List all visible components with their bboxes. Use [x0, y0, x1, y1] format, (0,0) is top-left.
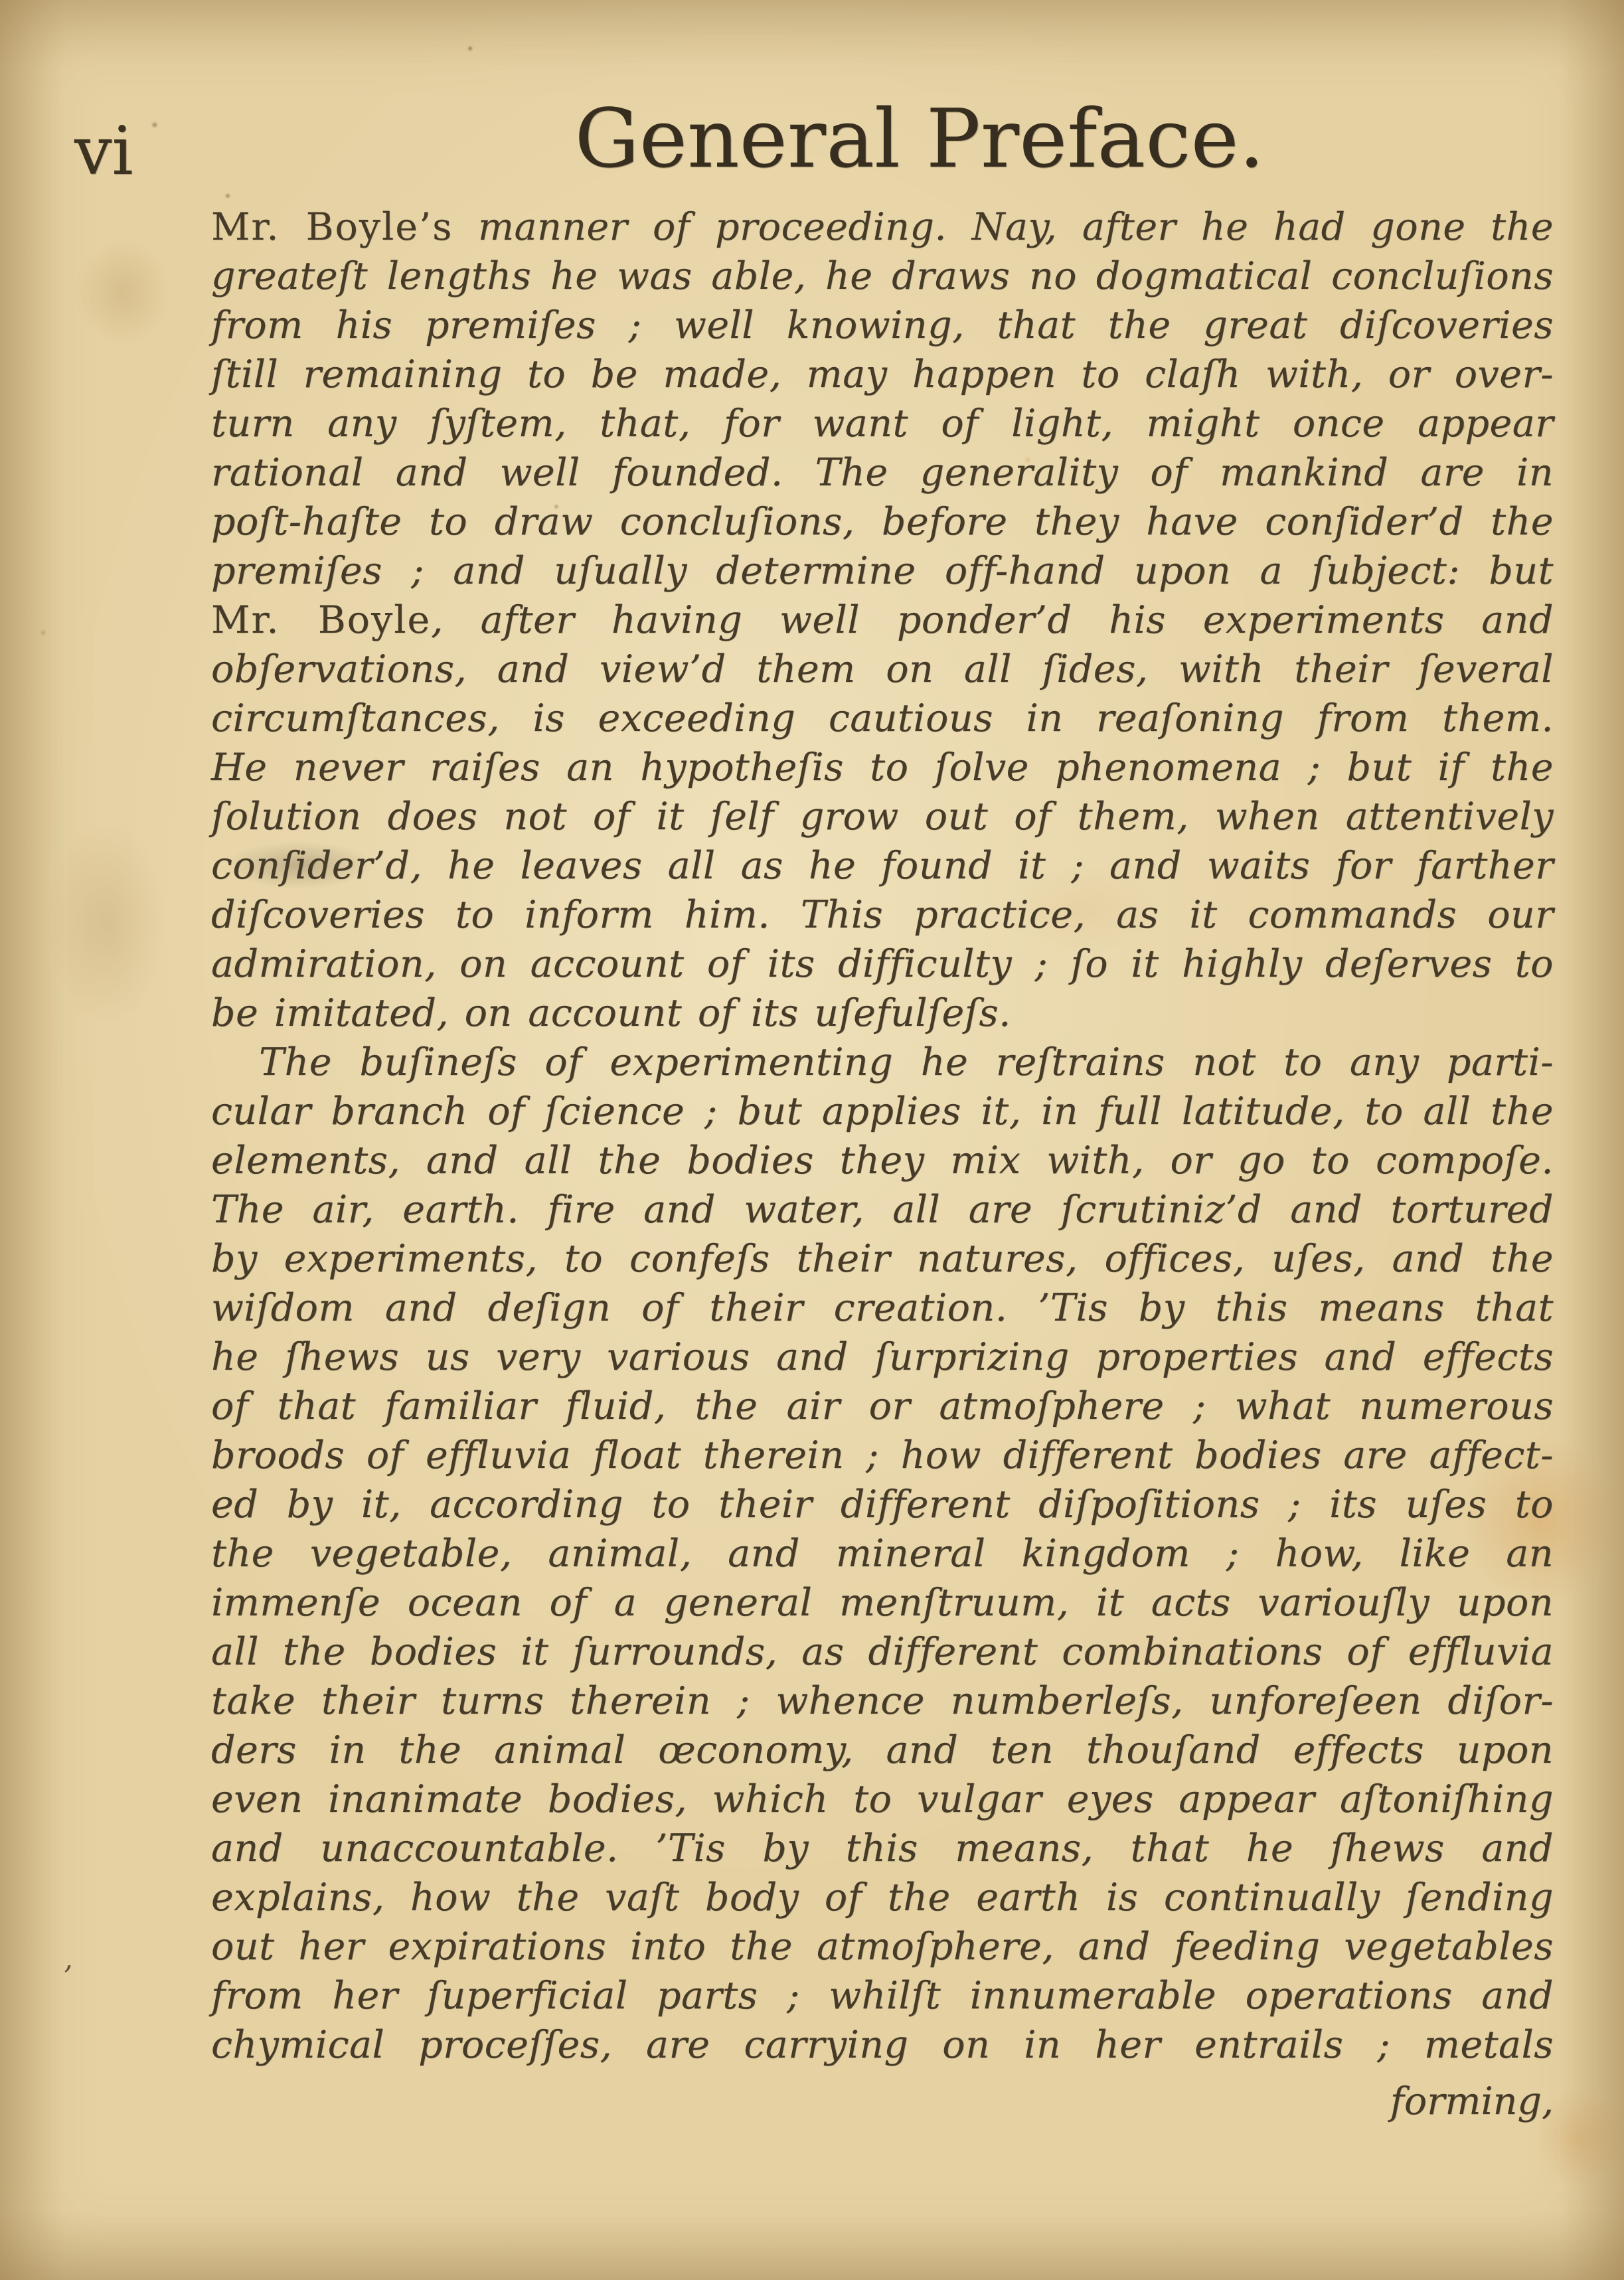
- text-line: The buſineſs of experimenting he reſtrai…: [211, 1038, 1554, 1087]
- text-line: take their turns therein ; whence number…: [211, 1676, 1554, 1726]
- roman-name: Mr. Boyle’s: [211, 205, 453, 249]
- text-line: ſolution does not of it ſelf grow out of…: [211, 792, 1554, 841]
- text-line: ders in the animal œconomy, and ten thou…: [211, 1726, 1554, 1775]
- text-line: chymical proceſſes, are carrying on in h…: [211, 2020, 1554, 2070]
- text-line: diſcoveries to inform him. This practice…: [211, 890, 1554, 939]
- text-line: from her ſuperficial parts ; whilſt innu…: [211, 1971, 1554, 2020]
- text-line: turn any ſyſtem, that, for want of light…: [211, 399, 1554, 448]
- text-line: elements, and all the bodies they mix wi…: [211, 1136, 1554, 1185]
- paper-stain: [60, 219, 186, 365]
- body-text: Mr. Boyle’s manner of proceeding. Nay, a…: [211, 203, 1554, 2070]
- text-line: ſtill remaining to be made, may happen t…: [211, 350, 1554, 399]
- text-line: ed by it, according to their different d…: [211, 1480, 1554, 1529]
- text-line: the vegetable, animal, and mineral kingd…: [211, 1529, 1554, 1578]
- text-line: Mr. Boyle’s manner of proceeding. Nay, a…: [211, 203, 1554, 252]
- text-line: be imitated, on account of its uſefulſeſ…: [211, 989, 1554, 1038]
- text-line: He never raiſes an hypotheſis to ſolve p…: [211, 743, 1554, 792]
- text-line: conſider’d, he leaves all as he found it…: [211, 841, 1554, 890]
- text-line: by experiments, to confeſs their natures…: [211, 1234, 1554, 1283]
- text-line: explains, how the vaſt body of the earth…: [211, 1873, 1554, 1922]
- catchword: forming,: [1390, 2077, 1554, 2126]
- text-line: The air, earth. fire and water, all are …: [211, 1185, 1554, 1234]
- text-line: Mr. Boyle, after having well ponder’d hi…: [211, 596, 1554, 645]
- text-line: even inanimate bodies, which to vulgar e…: [211, 1775, 1554, 1824]
- paper-stain: [27, 783, 186, 1062]
- text-line: rational and well founded. The generalit…: [211, 448, 1554, 497]
- text-line: all the bodies it ſurrounds, as differen…: [211, 1627, 1554, 1676]
- text-line: broods of effluvia float therein ; how d…: [211, 1431, 1554, 1480]
- text-line: from his premiſes ; well knowing, that t…: [211, 301, 1554, 350]
- running-header-title: General Preface.: [574, 98, 1264, 179]
- page-number: vi: [74, 118, 133, 185]
- text-line: and unaccountable. ’Tis by this means, t…: [211, 1824, 1554, 1873]
- text-line: admiration, on account of its difficulty…: [211, 939, 1554, 989]
- book-page: vi General Preface. Mr. Boyle’s manner o…: [0, 0, 1624, 2280]
- text-line: poſt-haſte to draw concluſions, before t…: [211, 497, 1554, 546]
- text-line: immenſe ocean of a general menſtruum, it…: [211, 1578, 1554, 1627]
- text-line: greateſt lengths he was able, he draws n…: [211, 252, 1554, 301]
- margin-mark: ’: [63, 1960, 72, 1994]
- roman-name: Mr. Boyle: [211, 598, 431, 642]
- paper-specks: [0, 0, 4, 4]
- text-line: wiſdom and deſign of their creation. ’Ti…: [211, 1283, 1554, 1333]
- text-line: out her expirations into the atmoſphere,…: [211, 1922, 1554, 1971]
- text-line: premiſes ; and uſually determine off-han…: [211, 546, 1554, 596]
- text-line: cular branch of ſcience ; but applies it…: [211, 1087, 1554, 1136]
- text-line: he ſhews us very various and ſurprizing …: [211, 1333, 1554, 1382]
- text-line: of that familiar fluid, the air or atmoſ…: [211, 1382, 1554, 1431]
- text-line: circumſtances, is exceeding cautious in …: [211, 694, 1554, 743]
- text-line: obſervations, and view’d them on all ſid…: [211, 645, 1554, 694]
